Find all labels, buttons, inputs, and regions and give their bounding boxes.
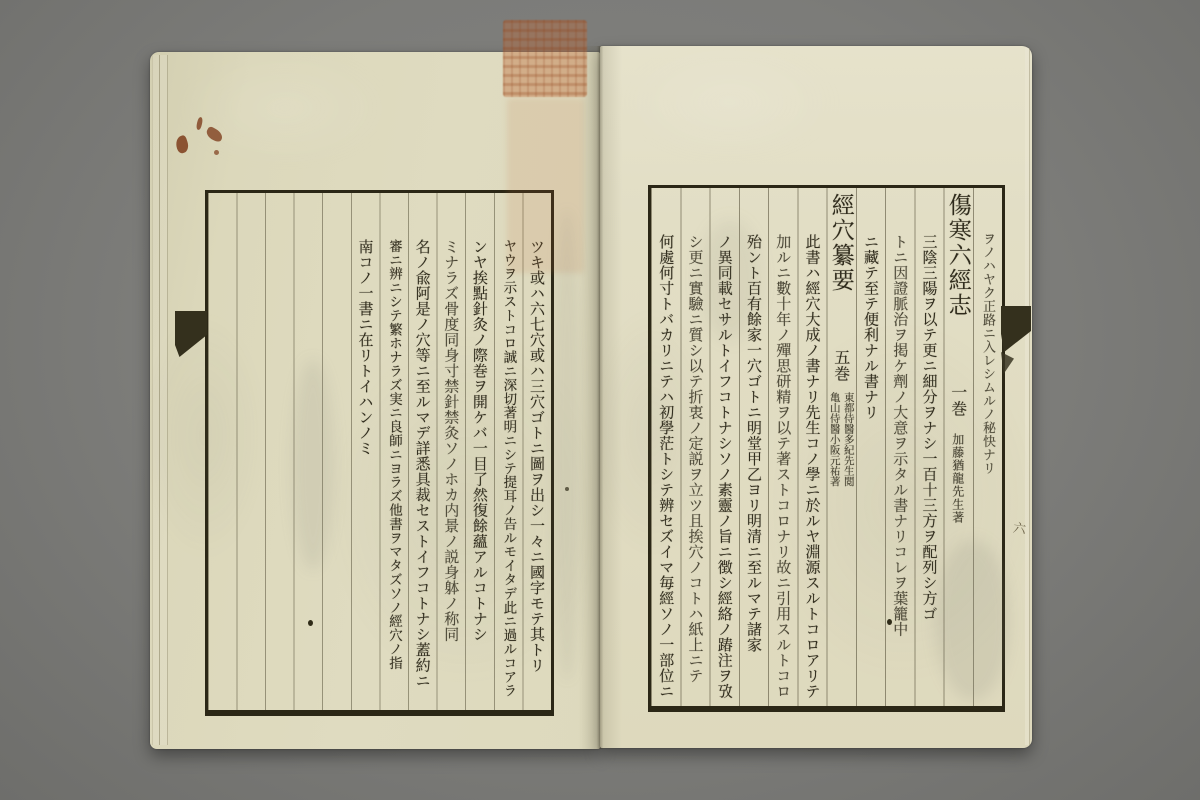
- entry-title: 經穴纂要: [828, 188, 854, 293]
- ink-stain: [214, 150, 219, 155]
- reviewer-label: 東都侍醫多紀先生閲: [842, 392, 856, 532]
- ink-speck: [565, 487, 569, 491]
- empty-column: [265, 193, 294, 710]
- right-text-frame: ヲノハヤク正路ニ入レシムルノ秘快ナリ 傷寒六經志一巻加藤猶龍先生著 三陰三陽ヲ以…: [648, 185, 1005, 712]
- text-column: 名ノ兪阿是ノ穴等ニ至ルマデ詳悉具裁セストイフコトナシ蓋約ニ: [408, 193, 437, 710]
- leaf-edges: [1025, 48, 1030, 745]
- leaf-number-mark: 六: [1012, 517, 1031, 541]
- text-column: ニ藏テ至テ便利ナル書ナリ: [856, 188, 885, 706]
- text-column: 審ニ辨ニシテ繁ホナラズ実ニ良師ニヨラズ他書ヲマタズソノ經穴ノ指: [379, 193, 408, 710]
- entry-title: 傷寒六經志: [945, 188, 971, 318]
- ink-speck: [308, 620, 313, 626]
- text-column: 加ルニ數十年ノ殫思研精ヲ以テ著ストコロナリ故ニ引用スルトコロ: [768, 188, 797, 706]
- leaf-edges: [152, 55, 169, 745]
- entry-keiketsu-sanyo: 經穴纂要五巻東都侍醫多紀先生閲亀山侍醫小阪元祐著: [827, 188, 856, 706]
- text-column: ンヤ挨點針灸ノ際巻ヲ開ケバ一目了然復餘蘊アルコトナシ: [465, 193, 494, 710]
- text-column: トニ因證脈治ヲ掲ケ劑ノ大意ヲ示タル書ナリコレヲ葉籠中: [885, 188, 914, 706]
- photo-background: ツキ或ハ六七穴或ハ三穴ゴトニ圖ヲ出シ一々ニ國字モテ其トリ ヤウヲ示ストコロ誠ニ深…: [0, 0, 1200, 800]
- empty-column: [208, 193, 237, 710]
- ink-speck: [887, 619, 892, 625]
- edge-seal-stamp-ghost: [507, 98, 584, 273]
- entry-shokan-rokkei: 傷寒六經志一巻加藤猶龍先生著: [944, 188, 973, 706]
- author-label: 亀山侍醫小阪元祐著: [828, 392, 842, 532]
- text-column: 殆ント百有餘家一穴ゴトニ明堂甲乙ヨリ明清ニ至ルマテ諸家: [739, 188, 768, 706]
- author-label: 加藤猶龍先生著: [951, 433, 965, 524]
- text-column: 南コノ一書ニ在リトイハンノミ: [351, 193, 380, 710]
- text-column: シ更ニ實驗ニ質シ以テ折衷ノ定説ヲ立ツ且挨穴ノコトハ紙上ニテ: [680, 188, 709, 706]
- text-column: 何處何寸トバカリニテハ初學茫トシテ辨セズイマ毎經ソノ一部位ニ: [651, 188, 680, 706]
- volume-label: 一巻: [949, 384, 968, 417]
- text-column: 此書ハ經穴大成ノ書ナリ先生コノ學ニ於ルヤ淵源スルトコロアリテ: [797, 188, 826, 706]
- left-columns: ツキ或ハ六七穴或ハ三穴ゴトニ圖ヲ出シ一々ニ國字モテ其トリ ヤウヲ示ストコロ誠ニ深…: [208, 193, 551, 710]
- edge-seal-stamp: [503, 20, 587, 97]
- right-page: ヲノハヤク正路ニ入レシムルノ秘快ナリ 傷寒六經志一巻加藤猶龍先生著 三陰三陽ヲ以…: [600, 46, 1032, 748]
- text-column-note: ヲノハヤク正路ニ入レシムルノ秘快ナリ: [973, 188, 1002, 706]
- left-text-frame: ツキ或ハ六七穴或ハ三穴ゴトニ圖ヲ出シ一々ニ國字モテ其トリ ヤウヲ示ストコロ誠ニ深…: [205, 190, 554, 716]
- right-columns: ヲノハヤク正路ニ入レシムルノ秘快ナリ 傷寒六經志一巻加藤猶龍先生著 三陰三陽ヲ以…: [651, 188, 1002, 706]
- empty-column: [294, 193, 323, 710]
- annotation-columns: 東都侍醫多紀先生閲亀山侍醫小阪元祐著: [828, 392, 856, 532]
- text-column: ミナラズ骨度同身寸禁針禁灸ソノホカ内景ノ説身躰ノ称同: [437, 193, 466, 710]
- empty-column: [236, 193, 265, 710]
- text-column: 三陰三陽ヲ以テ更ニ細分ヲナシ一百十三方ヲ配列シ方ゴ: [914, 188, 943, 706]
- empty-column: [322, 193, 351, 710]
- text-column: ノ異同載セサルトイフコトナシソノ素靈ノ旨ニ徴シ經絡ノ踳注ヲ攷: [710, 188, 739, 706]
- volume-label: 五巻: [832, 349, 851, 382]
